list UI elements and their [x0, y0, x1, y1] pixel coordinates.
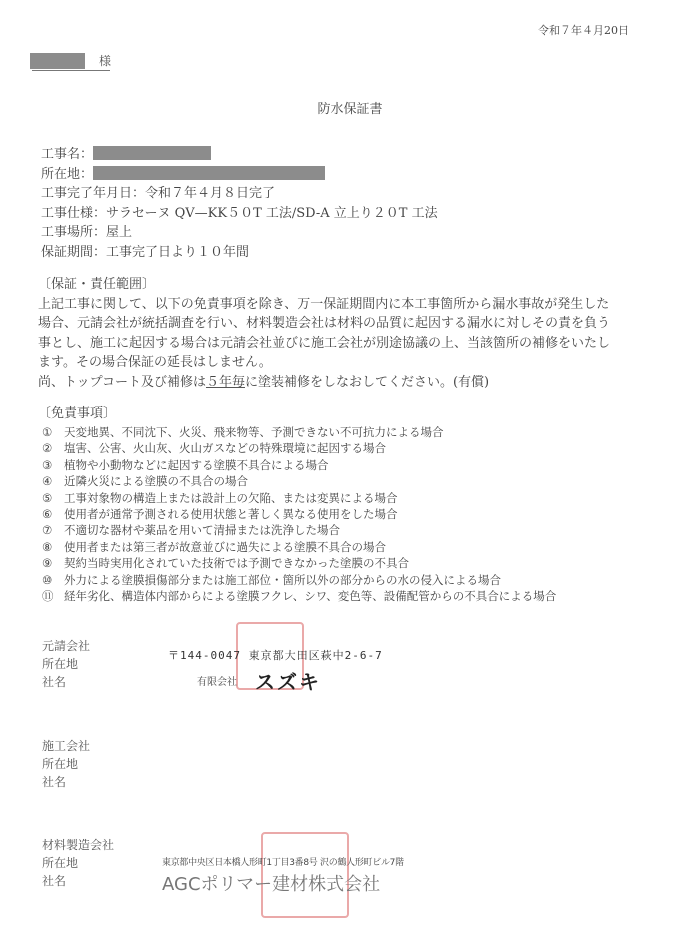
exemption-number: ⑦: [42, 522, 64, 538]
exemption-item: ②塩害、公害、火山灰、火山ガスなどの特殊環境に起因する場合: [42, 440, 556, 456]
address-label: 所在地: [42, 854, 114, 872]
exemption-text: 近隣火災による塗膜の不具合の場合: [64, 474, 248, 488]
warranty-line: 事とし、施工に起因する場合は元請会社並びに施工会社が別途協議の上、当該箇所の補修…: [38, 334, 610, 354]
exemption-number: ⑨: [42, 555, 64, 571]
exemption-text: 外力による塗膜損傷部分または施工部位・箇所以外の部分からの水の侵入による場合: [64, 573, 501, 587]
exemption-number: ⑪: [42, 588, 64, 604]
info-value: 工事完了日より１０年間: [106, 245, 249, 260]
exemption-text: 使用者または第三者が故意並びに過失による塗膜不具合の場合: [64, 540, 386, 554]
name-label: 社名: [42, 773, 90, 791]
company-role-label: 施工会社: [42, 737, 90, 755]
info-label: 工事仕様：: [41, 206, 106, 221]
company-role-label: 材料製造会社: [42, 836, 114, 854]
note-suffix: に塗装補修をしなおしてください。(有償): [245, 375, 489, 390]
note-underlined-interval: ５年毎: [206, 375, 245, 390]
exemptions-heading: 〔免責事項〕: [38, 404, 116, 424]
location-redaction: [93, 166, 325, 180]
exemption-text: 塩害、公害、火山灰、火山ガスなどの特殊環境に起因する場合: [64, 441, 386, 455]
exemption-item: ③植物や小動物などに起因する塗膜不具合による場合: [42, 457, 556, 473]
exemption-item: ①天変地異、不同沈下、火災、飛来物等、予測できない不可抗力による場合: [42, 424, 556, 440]
prime-contractor-labels: 元請会社 所在地 社名: [42, 637, 90, 691]
address-label: 所在地: [42, 755, 90, 773]
name-label: 社名: [42, 673, 90, 691]
warranty-line: ます。その場合保証の延長はしません。: [38, 353, 610, 373]
warranty-scope-section: 〔保証・責任範囲〕 上記工事に関して、以下の免責事項を除き、万一保証期間内に本工…: [38, 275, 610, 392]
exemption-item: ⑨契約当時実用化されていた技術では予測できなかった塗膜の不具合: [42, 555, 556, 571]
manufacturer-address: 東京都中央区日本橋人形町1丁目3番8号 沢の鶴人形町ビル7階: [162, 855, 404, 868]
exemption-text: 使用者が通常予測される使用状態と著しく異なる使用をした場合: [64, 507, 398, 521]
info-value: サラセーヌ QV—KK５０T 工法/SD-A 立上り２０T 工法: [106, 206, 438, 221]
info-warranty-period: 保証期間：工事完了日より１０年間: [41, 243, 438, 263]
note-prefix: 尚、トップコート及び補修は: [38, 375, 206, 390]
exemption-item: ⑥使用者が通常予測される使用状態と著しく異なる使用をした場合: [42, 506, 556, 522]
name-label: 社名: [42, 872, 114, 890]
exemption-number: ②: [42, 440, 64, 456]
info-label: 保証期間：: [41, 245, 106, 260]
info-project-name: 工事名：: [41, 145, 438, 165]
exemption-item: ⑩外力による塗膜損傷部分または施工部位・箇所以外の部分からの水の侵入による場合: [42, 572, 556, 588]
prime-contractor-address: 〒144-0047 東京都大田区萩中2-6-7: [168, 647, 383, 663]
info-completion-date: 工事完了年月日：令和７年４月８日完了: [41, 184, 438, 204]
info-label: 所在地：: [41, 167, 93, 182]
exemption-number: ⑤: [42, 490, 64, 506]
exemption-item: ④近隣火災による塗膜の不具合の場合: [42, 473, 556, 489]
exemption-item: ⑧使用者または第三者が故意並びに過失による塗膜不具合の場合: [42, 539, 556, 555]
exemption-number: ①: [42, 424, 64, 440]
installer-labels: 施工会社 所在地 社名: [42, 737, 90, 791]
company-role-label: 元請会社: [42, 637, 90, 655]
exemption-number: ④: [42, 473, 64, 489]
warranty-line: 場合、元請会社が統括調査を行い、材料製造会社は材料の品質に起因する漏水に対しその…: [38, 314, 610, 334]
exemption-text: 経年劣化、構造体内部からによる塗膜フクレ、シワ、変色等、設備配管からの不具合によ…: [64, 589, 556, 603]
exemption-number: ⑧: [42, 539, 64, 555]
exemption-number: ③: [42, 457, 64, 473]
exemption-text: 天変地異、不同沈下、火災、飛来物等、予測できない不可抗力による場合: [64, 425, 444, 439]
info-label: 工事場所：: [41, 225, 106, 240]
issue-date: 令和７年４月20日: [538, 22, 629, 38]
exemption-number: ⑥: [42, 506, 64, 522]
project-info: 工事名： 所在地： 工事完了年月日：令和７年４月８日完了 工事仕様：サラセーヌ …: [41, 145, 438, 262]
info-value: 屋上: [106, 225, 132, 240]
warranty-scope-heading: 〔保証・責任範囲〕: [38, 275, 610, 295]
info-label: 工事完了年月日：: [41, 186, 145, 201]
addressee: 様: [30, 50, 111, 70]
exemption-text: 不適切な器材や薬品を用いて清掃または洗浄した場合: [64, 523, 340, 537]
address-label: 所在地: [42, 655, 90, 673]
info-label: 工事名：: [41, 147, 93, 162]
manufacturer-name: AGCポリマー建材株式会社: [162, 870, 380, 896]
project-name-redaction: [93, 146, 211, 160]
info-location: 所在地：: [41, 165, 438, 185]
exemption-text: 植物や小動物などに起因する塗膜不具合による場合: [64, 458, 329, 472]
exemptions-list: ①天変地異、不同沈下、火災、飛来物等、予測できない不可抗力による場合 ②塩害、公…: [42, 424, 556, 604]
warranty-note: 尚、トップコート及び補修は５年毎に塗装補修をしなおしてください。(有償): [38, 373, 610, 393]
exemption-number: ⑩: [42, 572, 64, 588]
info-specification: 工事仕様：サラセーヌ QV—KK５０T 工法/SD-A 立上り２０T 工法: [41, 204, 438, 224]
prime-contractor-name: スズキ: [255, 666, 321, 695]
prime-contractor-name-prefix: 有限会社: [197, 673, 237, 688]
manufacturer-labels: 材料製造会社 所在地 社名: [42, 836, 114, 890]
info-work-place: 工事場所：屋上: [41, 223, 438, 243]
addressee-redaction: [30, 53, 85, 69]
exemption-item: ⑪経年劣化、構造体内部からによる塗膜フクレ、シワ、変色等、設備配管からの不具合に…: [42, 588, 556, 604]
exemption-item: ⑤工事対象物の構造上または設計上の欠陥、または変異による場合: [42, 490, 556, 506]
info-value: 令和７年４月８日完了: [145, 186, 275, 201]
exemption-item: ⑦不適切な器材や薬品を用いて清掃または洗浄した場合: [42, 522, 556, 538]
addressee-underline: [32, 70, 110, 71]
exemption-text: 契約当時実用化されていた技術では予測できなかった塗膜の不具合: [64, 556, 409, 570]
document-title: 防水保証書: [0, 98, 700, 117]
exemption-text: 工事対象物の構造上または設計上の欠陥、または変異による場合: [64, 491, 398, 505]
addressee-honorific: 様: [99, 52, 111, 69]
warranty-line: 上記工事に関して、以下の免責事項を除き、万一保証期間内に本工事箇所から漏水事故が…: [38, 295, 610, 315]
